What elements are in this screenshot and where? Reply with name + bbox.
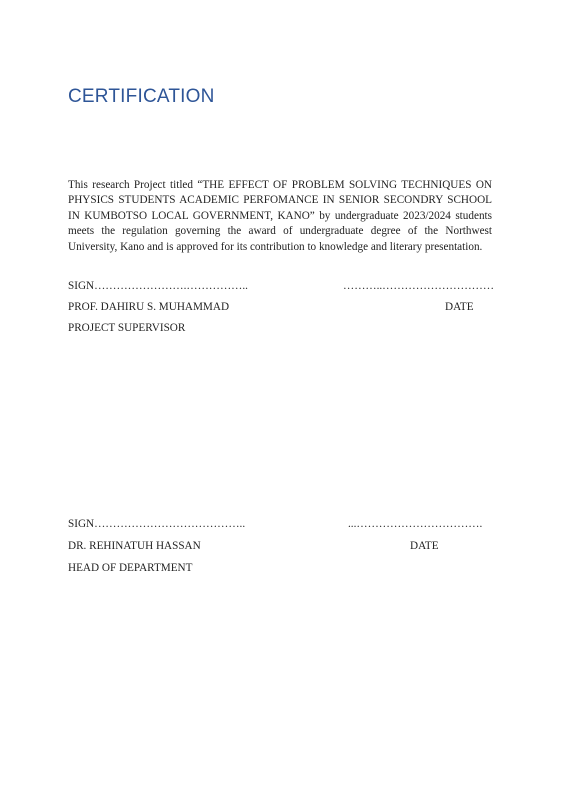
hod-date-label: DATE	[410, 540, 439, 552]
hod-sign-line: SIGN…………………………………..	[68, 518, 245, 530]
supervisor-date-line: ………..…………………………	[343, 280, 494, 292]
supervisor-name: PROF. DAHIRU S. MUHAMMAD	[68, 301, 229, 313]
document-page: CERTIFICATION This research Project titl…	[0, 0, 566, 800]
page-title: CERTIFICATION	[68, 86, 215, 108]
supervisor-role: PROJECT SUPERVISOR	[68, 322, 185, 334]
hod-role: HEAD OF DEPARTMENT	[68, 562, 192, 574]
hod-name: DR. REHINATUH HASSAN	[68, 540, 201, 552]
hod-date-line: ...…………………………….	[348, 518, 482, 530]
certification-statement: This research Project titled “THE EFFECT…	[68, 178, 492, 255]
supervisor-sign-line: SIGN…………………….……………..	[68, 280, 248, 292]
supervisor-date-label: DATE	[445, 301, 474, 313]
